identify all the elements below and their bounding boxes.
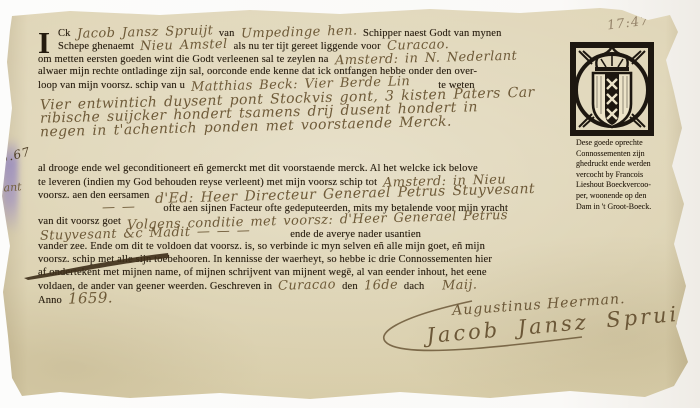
printed-text: om metten eersten goeden wint die Godt v… (38, 54, 329, 65)
printed-text: dach (404, 281, 424, 292)
printed-text: van dit voorsz goet (38, 216, 121, 227)
printed-text: loop van mijn voorsz. schip van u (38, 80, 185, 91)
handwritten-text: 16de (364, 279, 399, 293)
printed-text: Ck (58, 28, 71, 39)
text-line: Anno1659. (38, 292, 119, 307)
document-paper: 17:47 Dese goede oprechte Connossemente (0, 0, 700, 408)
printed-text: ende de averye nader usantien (290, 229, 421, 240)
printed-text: Schepe ghenaemt (58, 41, 134, 52)
scanned-document: 17:47 Dese goede oprechte Connossemente (0, 0, 700, 408)
text-line: negen in t'achentich ponden met voorstae… (38, 121, 458, 135)
handwritten-text: Maij. (442, 279, 478, 293)
margin-note-word: lant (0, 180, 22, 194)
text-line: alwaer mijn rechte ontladinge zijn sal, … (38, 65, 481, 78)
printed-text: als nu ter tijt gereet liggende voor (234, 41, 381, 52)
text-line: al drooge ende wel geconditioneert eñ ge… (38, 162, 482, 175)
handwritten-text: 1659. (68, 291, 113, 305)
pen-flourish (22, 248, 174, 282)
printed-text: al drooge ende wel geconditioneert eñ ge… (38, 163, 478, 174)
printed-text: den (342, 281, 358, 292)
printed-text: alwaer mijn rechte ontladinge zijn sal, … (38, 66, 477, 77)
text-line: Stuyvesant &c Madit — — —ende de averye … (38, 227, 425, 241)
handwritten-text: Curacao (278, 278, 336, 293)
handwritten-text: Nieu Amstel (140, 38, 228, 53)
text-line: van dit voorsz goetVolgens conditie met … (38, 214, 514, 228)
printed-text: Anno (38, 295, 62, 306)
handwritten-text: — — (102, 201, 136, 215)
text-line: om metten eersten goeden wint die Godt v… (38, 52, 523, 66)
